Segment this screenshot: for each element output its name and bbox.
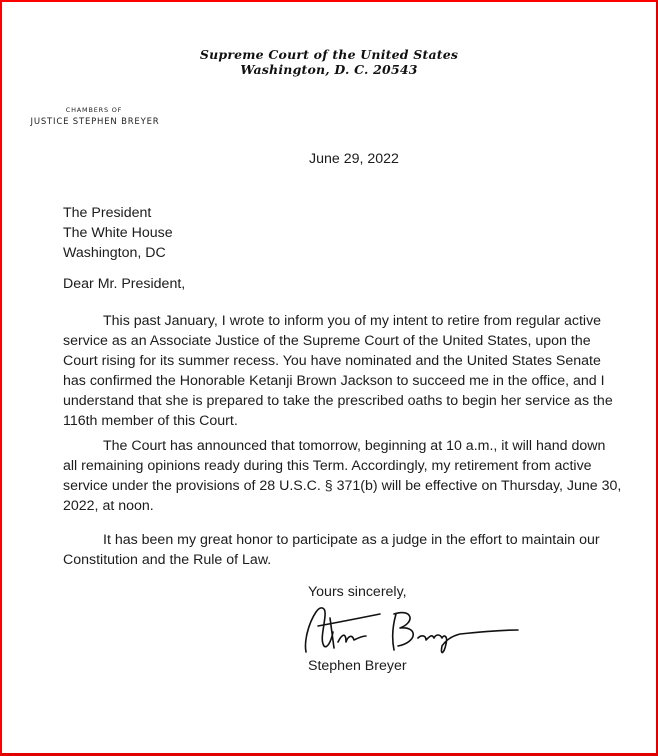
signer-name: Stephen Breyer <box>308 656 407 676</box>
letterhead-court-name: Supreme Court of the United States <box>0 47 658 62</box>
chambers-justice-name: Justice Stephen Breyer <box>26 117 164 127</box>
paragraph-line: This past January, I wrote to inform you… <box>63 311 593 331</box>
chambers-label: Chambers of <box>48 106 140 114</box>
address-line: Washington, DC <box>63 243 173 263</box>
paragraph-line: has confirmed the Honorable Ketanji Brow… <box>63 371 593 391</box>
paragraph-effective-date: The Court has announced that tomorrow, b… <box>63 436 593 516</box>
paragraph-line: 2022, at noon. <box>63 496 593 516</box>
paragraph-line: Constitution and the Rule of Law. <box>63 550 593 570</box>
paragraph-line: The Court has announced that tomorrow, b… <box>63 436 593 456</box>
paragraph-line: service under the provisions of 28 U.S.C… <box>63 476 593 496</box>
paragraph-line: service as an Associate Justice of the S… <box>63 331 593 351</box>
closing: Yours sincerely, <box>308 582 407 602</box>
letter-date: June 29, 2022 <box>309 149 399 169</box>
paragraph-line: It has been my great honor to participat… <box>63 530 593 550</box>
paragraph-line: Court rising for its summer recess. You … <box>63 351 593 371</box>
paragraph-retirement-intent: This past January, I wrote to inform you… <box>63 311 593 431</box>
address-line: The President <box>63 203 173 223</box>
letterhead-address: Washington, D. C. 20543 <box>0 62 658 77</box>
paragraph-line: all remaining opinions ready during this… <box>63 456 593 476</box>
recipient-address: The President The White House Washington… <box>63 203 173 263</box>
signature-icon <box>300 602 520 660</box>
salutation: Dear Mr. President, <box>63 274 185 294</box>
paragraph-honor: It has been my great honor to participat… <box>63 530 593 570</box>
address-line: The White House <box>63 223 173 243</box>
paragraph-line: understand that she is prepared to take … <box>63 391 593 411</box>
paragraph-line: 116th member of this Court. <box>63 411 593 431</box>
